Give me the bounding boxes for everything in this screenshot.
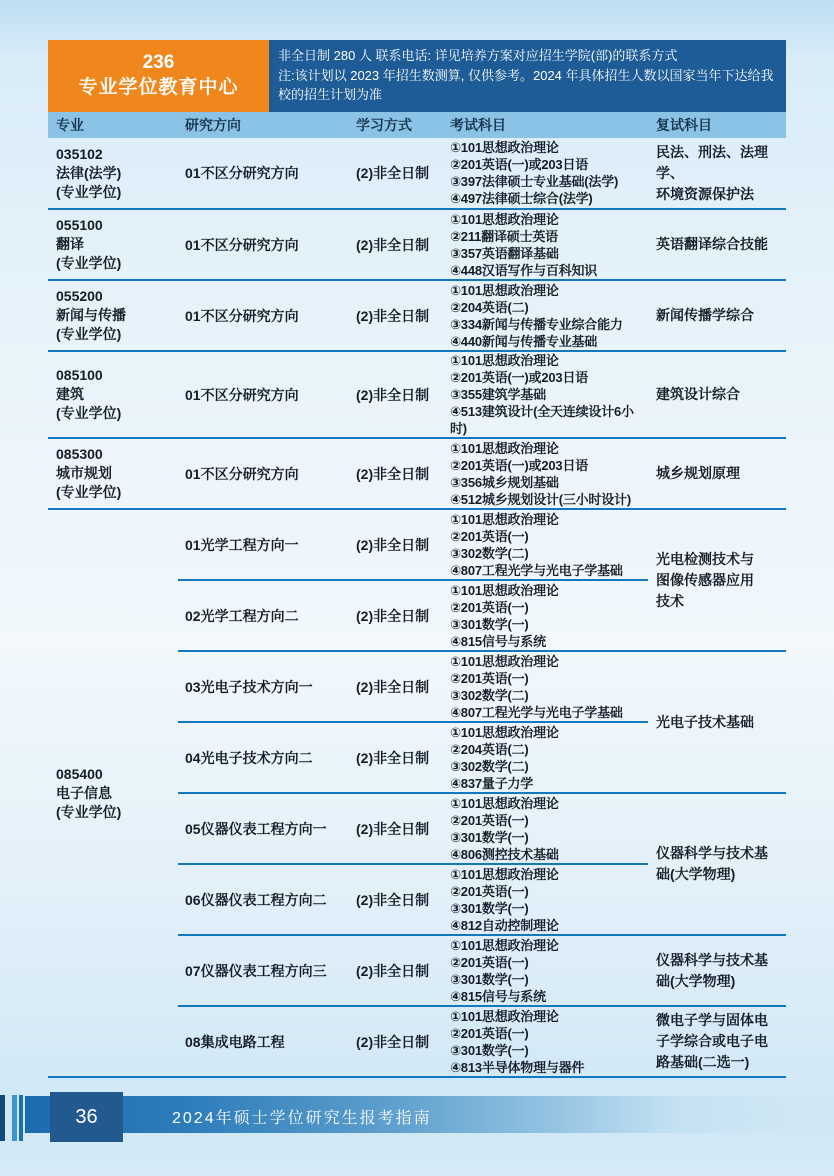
- direction-cell: 08集成电路工程: [178, 1006, 348, 1077]
- mode-cell: (2)非全日制: [348, 351, 444, 438]
- exam-subjects-cell: ①101思想政治理论 ②201英语(一) ③302数学(二) ④807工程光学与…: [444, 651, 648, 722]
- table-row: 085400 电子信息 (专业学位) 01光学工程方向一 (2)非全日制 ①10…: [48, 509, 786, 580]
- direction-cell: 01不区分研究方向: [178, 351, 348, 438]
- department-badge: 236 专业学位教育中心: [48, 40, 269, 112]
- major-cell: 055200 新闻与传播 (专业学位): [48, 280, 178, 351]
- retest-subjects-cell: 仪器科学与技术基 础(大学物理): [648, 935, 786, 1006]
- page-header: 236 专业学位教育中心 非全日制 280 人 联系电话: 详见培养方案对应招生…: [48, 40, 786, 112]
- retest-subjects-cell: 城乡规划原理: [648, 438, 786, 509]
- direction-cell: 01不区分研究方向: [178, 438, 348, 509]
- major-cell: 085300 城市规划 (专业学位): [48, 438, 178, 509]
- mode-cell: (2)非全日制: [348, 438, 444, 509]
- direction-cell: 01不区分研究方向: [178, 209, 348, 280]
- direction-cell: 01光学工程方向一: [178, 509, 348, 580]
- direction-cell: 01不区分研究方向: [178, 138, 348, 209]
- enrollment-note: 非全日制 280 人 联系电话: 详见培养方案对应招生学院(部)的联系方式 注:…: [269, 40, 786, 112]
- exam-subjects-cell: ①101思想政治理论 ②201英语(一) ③301数学(一) ④812自动控制理…: [444, 864, 648, 935]
- table-row: 085300 城市规划 (专业学位) 01不区分研究方向 (2)非全日制 ①10…: [48, 438, 786, 509]
- mode-cell: (2)非全日制: [348, 580, 444, 651]
- column-header-exam: 考试科目: [444, 112, 648, 138]
- table-header-row: 专业 研究方向 学习方式 考试科目 复试科目: [48, 112, 786, 138]
- department-title: 专业学位教育中心: [48, 75, 269, 101]
- retest-subjects-cell: 新闻传播学综合: [648, 280, 786, 351]
- department-number: 236: [48, 51, 269, 75]
- major-cell: 085100 建筑 (专业学位): [48, 351, 178, 438]
- page-number: 36: [75, 1106, 97, 1129]
- mode-cell: (2)非全日制: [348, 209, 444, 280]
- direction-cell: 07仪器仪表工程方向三: [178, 935, 348, 1006]
- column-header-mode: 学习方式: [348, 112, 444, 138]
- retest-subjects-cell: 英语翻译综合技能: [648, 209, 786, 280]
- direction-cell: 01不区分研究方向: [178, 280, 348, 351]
- retest-subjects-cell: 民法、刑法、法理学、 环境资源保护法: [648, 138, 786, 209]
- exam-subjects-cell: ①101思想政治理论 ②201英语(一) ③302数学(二) ④807工程光学与…: [444, 509, 648, 580]
- mode-cell: (2)非全日制: [348, 793, 444, 864]
- exam-subjects-cell: ①101思想政治理论 ②201英语(一)或203日语 ③356城乡规划基础 ④5…: [444, 438, 648, 509]
- mode-cell: (2)非全日制: [348, 651, 444, 722]
- mode-cell: (2)非全日制: [348, 509, 444, 580]
- retest-subjects-cell: 仪器科学与技术基 础(大学物理): [648, 793, 786, 935]
- exam-subjects-cell: ①101思想政治理论 ②201英语(一) ③301数学(一) ④813半导体物理…: [444, 1006, 648, 1077]
- footer-title: 2024年硕士学位研究生报考指南: [172, 1105, 432, 1128]
- exam-subjects-cell: ①101思想政治理论 ②204英语(二) ③334新闻与传播专业综合能力 ④44…: [444, 280, 648, 351]
- major-cell: 055100 翻译 (专业学位): [48, 209, 178, 280]
- exam-subjects-cell: ①101思想政治理论 ②201英语(一) ③301数学(一) ④806测控技术基…: [444, 793, 648, 864]
- table-row: 055100 翻译 (专业学位) 01不区分研究方向 (2)非全日制 ①101思…: [48, 209, 786, 280]
- document-page: 236 专业学位教育中心 非全日制 280 人 联系电话: 详见培养方案对应招生…: [0, 0, 834, 1176]
- column-header-major: 专业: [48, 112, 178, 138]
- exam-subjects-cell: ①101思想政治理论 ②201英语(一) ③301数学(一) ④815信号与系统: [444, 580, 648, 651]
- table-row: 035102 法律(法学) (专业学位) 01不区分研究方向 (2)非全日制 ①…: [48, 138, 786, 209]
- retest-subjects-cell: 光电子技术基础: [648, 651, 786, 793]
- exam-subjects-cell: ①101思想政治理论 ②201英语(一)或203日语 ③355建筑学基础 ④51…: [444, 351, 648, 438]
- mode-cell: (2)非全日制: [348, 138, 444, 209]
- retest-subjects-cell: 建筑设计综合: [648, 351, 786, 438]
- direction-cell: 06仪器仪表工程方向二: [178, 864, 348, 935]
- mode-cell: (2)非全日制: [348, 1006, 444, 1077]
- exam-subjects-cell: ①101思想政治理论 ②201英语(一) ③301数学(一) ④815信号与系统: [444, 935, 648, 1006]
- column-header-direction: 研究方向: [178, 112, 348, 138]
- page-number-box: 36: [50, 1092, 123, 1142]
- exam-subjects-cell: ①101思想政治理论 ②204英语(二) ③302数学(二) ④837量子力学: [444, 722, 648, 793]
- mode-cell: (2)非全日制: [348, 864, 444, 935]
- mode-cell: (2)非全日制: [348, 280, 444, 351]
- mode-cell: (2)非全日制: [348, 935, 444, 1006]
- enrollment-note-line1: 非全日制 280 人 联系电话: 详见培养方案对应招生学院(部)的联系方式: [278, 46, 778, 66]
- footer-stripe-light: [12, 1095, 17, 1141]
- admissions-table: 专业 研究方向 学习方式 考试科目 复试科目 035102 法律(法学) (专业…: [48, 112, 786, 1078]
- table-row: 085100 建筑 (专业学位) 01不区分研究方向 (2)非全日制 ①101思…: [48, 351, 786, 438]
- mode-cell: (2)非全日制: [348, 722, 444, 793]
- exam-subjects-cell: ①101思想政治理论 ②211翻译硕士英语 ③357英语翻译基础 ④448汉语写…: [444, 209, 648, 280]
- table-row: 055200 新闻与传播 (专业学位) 01不区分研究方向 (2)非全日制 ①1…: [48, 280, 786, 351]
- retest-subjects-cell: 光电检测技术与 图像传感器应用 技术: [648, 509, 786, 651]
- column-header-retest: 复试科目: [648, 112, 786, 138]
- direction-cell: 02光学工程方向二: [178, 580, 348, 651]
- retest-subjects-cell: 微电子学与固体电 子学综合或电子电 路基础(二选一): [648, 1006, 786, 1077]
- direction-cell: 05仪器仪表工程方向一: [178, 793, 348, 864]
- direction-cell: 03光电子技术方向一: [178, 651, 348, 722]
- major-cell: 085400 电子信息 (专业学位): [48, 509, 178, 1077]
- major-cell: 035102 法律(法学) (专业学位): [48, 138, 178, 209]
- exam-subjects-cell: ①101思想政治理论 ②201英语(一)或203日语 ③397法律硕士专业基础(…: [444, 138, 648, 209]
- footer-stripe-medium: [19, 1095, 23, 1141]
- footer-stripe-dark: [0, 1095, 5, 1141]
- direction-cell: 04光电子技术方向二: [178, 722, 348, 793]
- enrollment-note-line2: 注:该计划以 2023 年招生数测算, 仅供参考。2024 年具体招生人数以国家…: [278, 66, 778, 105]
